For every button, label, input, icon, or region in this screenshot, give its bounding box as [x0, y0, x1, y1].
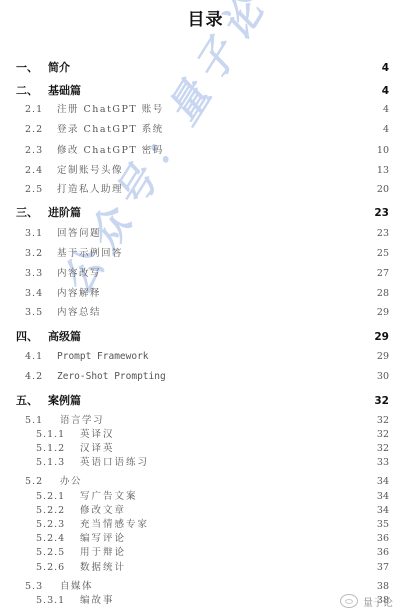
- toc-number: 5.2.6: [36, 560, 65, 576]
- toc-label: Zero-Shot Prompting: [57, 369, 166, 385]
- toc-label: 案例篇: [48, 393, 81, 409]
- toc-label: 内容改写: [57, 266, 101, 282]
- toc-label: 办公: [60, 474, 82, 490]
- toc-number: 一、: [16, 60, 38, 76]
- toc-number: 三、: [16, 205, 38, 221]
- toc-page: 20: [377, 182, 389, 198]
- toc-number: 3.5: [25, 305, 43, 321]
- toc-entry-s2-5[interactable]: 2.5 打造私人助理 20: [0, 182, 411, 198]
- toc-entry-s2-3[interactable]: 2.3 修改 ChatGPT 密码 10: [0, 143, 411, 159]
- toc-page: 30: [377, 369, 389, 385]
- toc-entry-s2-4[interactable]: 2.4 定制账号头像 13: [0, 163, 411, 179]
- toc-page: 28: [377, 286, 389, 302]
- toc-number: 5.2: [25, 474, 43, 490]
- toc-entry-s3-5[interactable]: 3.5 内容总结 29: [0, 305, 411, 321]
- toc-page: 4: [383, 102, 389, 118]
- wechat-icon: [340, 594, 358, 608]
- toc-page: 34: [377, 474, 389, 490]
- toc-page: 13: [377, 163, 389, 179]
- toc-page: 32: [374, 393, 389, 409]
- toc-number: 二、: [16, 83, 38, 99]
- toc-number: 4.2: [25, 369, 43, 385]
- toc-entry-s5-1-3[interactable]: 5.1.3 英语口语练习 33: [0, 455, 411, 471]
- toc-page: 29: [377, 349, 389, 365]
- toc-page: 29: [374, 329, 389, 345]
- toc-label: 定制账号头像: [57, 163, 123, 179]
- toc-number: 5.3.1: [36, 593, 65, 609]
- toc-page: 4: [382, 83, 389, 99]
- toc-number: 4.1: [25, 349, 43, 365]
- toc-label: 用于辩论: [80, 545, 126, 561]
- toc-label: Prompt Framework: [57, 349, 149, 365]
- toc-page: 36: [377, 545, 389, 561]
- toc-entry-s3-1[interactable]: 3.1 回答问题 23: [0, 226, 411, 242]
- toc-label: 打造私人助理: [57, 182, 123, 198]
- toc-page: 10: [377, 143, 389, 159]
- toc-entry-s3-2[interactable]: 3.2 基于示例回答 25: [0, 246, 411, 262]
- toc-entry-s3[interactable]: 三、 进阶篇 23: [0, 205, 411, 221]
- toc-entry-s1[interactable]: 一、 简介 4: [0, 60, 411, 76]
- toc-number: 2.1: [25, 102, 43, 118]
- toc-page: 4: [383, 122, 389, 138]
- toc-number: 5.2.5: [36, 545, 65, 561]
- toc-label: 内容解释: [57, 286, 101, 302]
- toc-entry-s5-2[interactable]: 5.2 办公 34: [0, 474, 411, 490]
- toc-page: 33: [377, 455, 389, 471]
- toc-entry-s2-2[interactable]: 2.2 登录 ChatGPT 系统 4: [0, 122, 411, 138]
- toc-number: 3.1: [25, 226, 43, 242]
- toc-label: 基于示例回答: [57, 246, 123, 262]
- toc-number: 2.4: [25, 163, 43, 179]
- toc-entry-s5-2-5[interactable]: 5.2.5 用于辩论 36: [0, 545, 411, 561]
- toc-entry-s5[interactable]: 五、 案例篇 32: [0, 393, 411, 409]
- toc-entry-s4[interactable]: 四、 高级篇 29: [0, 329, 411, 345]
- toc-page: 25: [377, 246, 389, 262]
- toc-number: 2.2: [25, 122, 43, 138]
- toc-number: 2.5: [25, 182, 43, 198]
- toc-number: 五、: [16, 393, 38, 409]
- toc-number: 四、: [16, 329, 38, 345]
- toc-page: 23: [374, 205, 389, 221]
- toc-label: 修改 ChatGPT 密码: [57, 143, 164, 159]
- toc-page: 37: [377, 560, 389, 576]
- toc-page: 23: [377, 226, 389, 242]
- toc-entry-s2-1[interactable]: 2.1 注册 ChatGPT 账号 4: [0, 102, 411, 118]
- wechat-source-badge: 量子论: [340, 593, 393, 609]
- toc-page: 29: [377, 305, 389, 321]
- toc-label: 英语口语练习: [80, 455, 149, 471]
- toc-entry-s4-2[interactable]: 4.2 Zero-Shot Prompting 30: [0, 369, 411, 385]
- toc-entry-s5-2-6[interactable]: 5.2.6 数据统计 37: [0, 560, 411, 576]
- toc-label: 简介: [48, 60, 70, 76]
- toc-label: 注册 ChatGPT 账号: [57, 102, 164, 118]
- toc-number: 3.4: [25, 286, 43, 302]
- toc-label: 编故事: [80, 593, 115, 609]
- toc-label: 内容总结: [57, 305, 101, 321]
- toc-number: 3.2: [25, 246, 43, 262]
- toc-entry-s4-1[interactable]: 4.1 Prompt Framework 29: [0, 349, 411, 365]
- toc-label: 高级篇: [48, 329, 81, 345]
- toc-page: 4: [382, 60, 389, 76]
- page-title: 目录: [0, 5, 411, 30]
- toc-label: 数据统计: [80, 560, 126, 576]
- toc-entry-s3-4[interactable]: 3.4 内容解释 28: [0, 286, 411, 302]
- toc-page: 27: [377, 266, 389, 282]
- toc-number: 2.3: [25, 143, 43, 159]
- toc-number: 3.3: [25, 266, 43, 282]
- toc-label: 登录 ChatGPT 系统: [57, 122, 164, 138]
- toc-label: 进阶篇: [48, 205, 81, 221]
- toc-entry-s2[interactable]: 二、 基础篇 4: [0, 83, 411, 99]
- toc-label: 基础篇: [48, 83, 81, 99]
- badge-label: 量子论: [363, 594, 393, 609]
- toc-label: 回答问题: [57, 226, 101, 242]
- toc-entry-s3-3[interactable]: 3.3 内容改写 27: [0, 266, 411, 282]
- toc-number: 5.1.3: [36, 455, 65, 471]
